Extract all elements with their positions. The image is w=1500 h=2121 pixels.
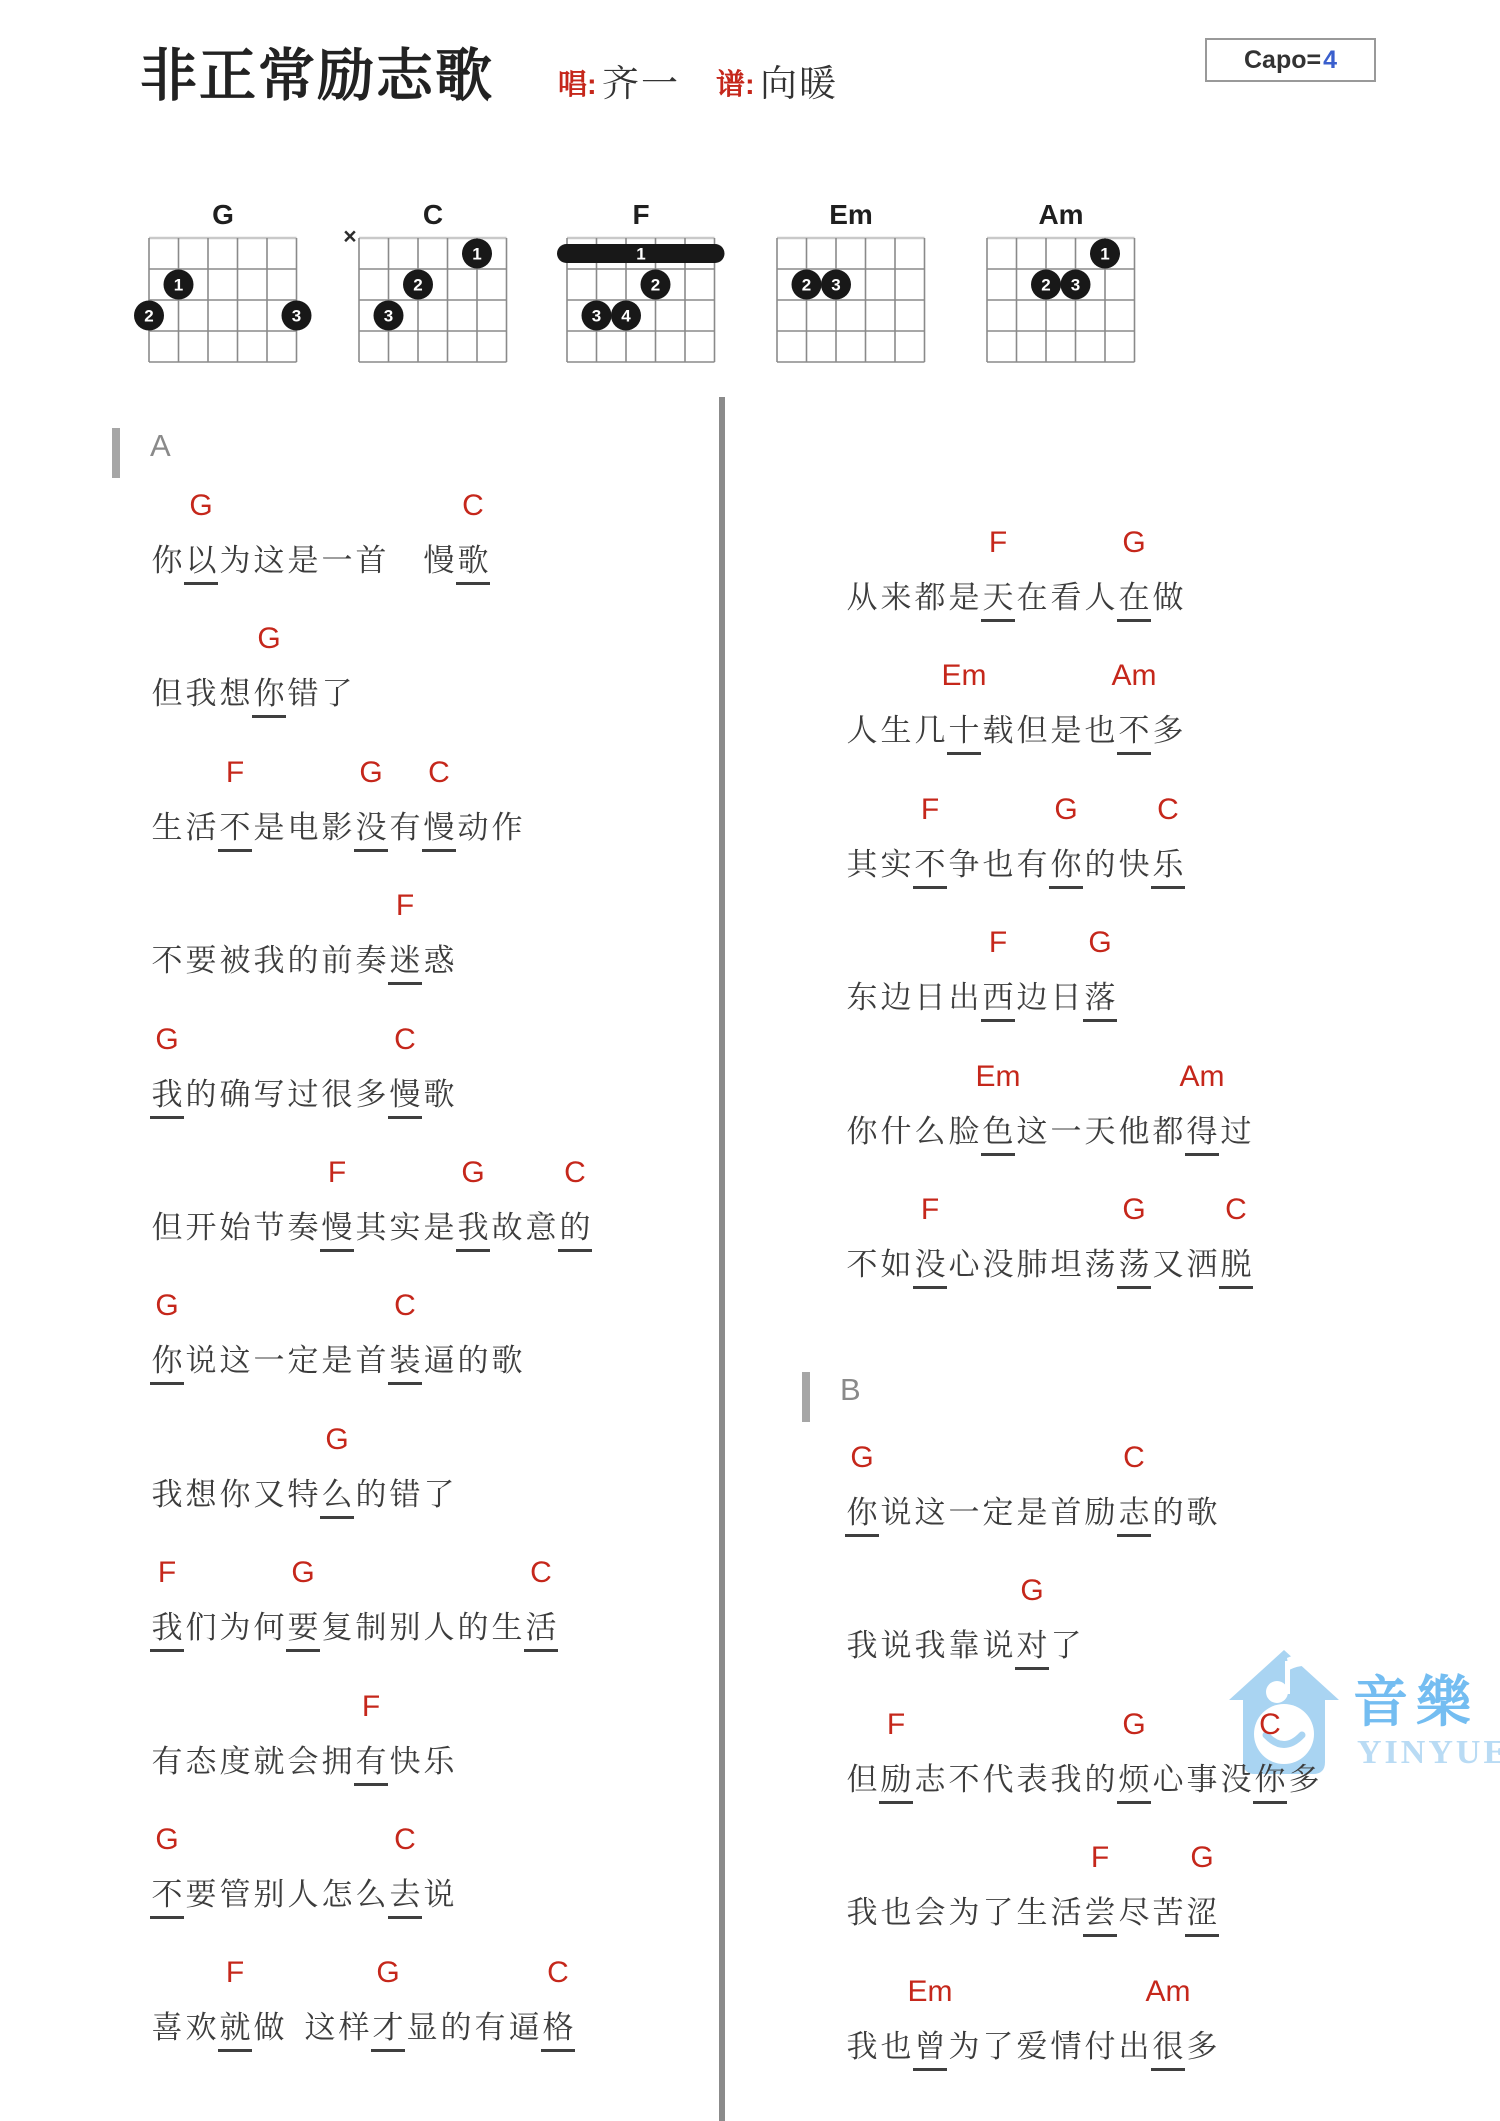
lyric-char: 尝	[1083, 1893, 1117, 1937]
lyric-row: 我们为何要复制别人的生活	[150, 1608, 558, 1652]
lyric-char: 生	[1015, 1893, 1049, 1937]
chord-diagram-name: Em	[829, 199, 873, 230]
lyric-char: 惑	[422, 941, 456, 985]
chord-label: G	[461, 1156, 484, 1190]
lyric-char: 有	[473, 2008, 507, 2052]
svg-text:2: 2	[144, 307, 153, 326]
lyric-char: 付	[1083, 2027, 1117, 2071]
lyric-char: 十	[947, 711, 981, 755]
lyric-char: 影	[320, 808, 354, 852]
lyric-char: 表	[1015, 1760, 1049, 1804]
lyric-line: G但我想你错了	[150, 616, 850, 750]
chord-row: GC	[150, 1283, 850, 1333]
lyric-char: 烦	[1117, 1760, 1151, 1804]
chord-diagram-name: G	[212, 199, 234, 230]
lyric-char: 制	[354, 1608, 388, 1652]
chord-label: F	[989, 526, 1007, 560]
lyric-char: 这	[913, 1493, 947, 1537]
column-divider	[719, 397, 725, 2121]
lyric-char: 逼	[422, 1341, 456, 1385]
lyric-char: 慢	[320, 1208, 354, 1252]
lyric-char: 在	[1117, 578, 1151, 622]
svg-text:1: 1	[174, 276, 183, 295]
lyric-char: 逼	[507, 2008, 541, 2052]
lyric-char: 我	[184, 674, 218, 718]
lyric-char: 怎	[320, 1875, 354, 1919]
lyric-char: 你	[150, 541, 184, 585]
lyric-char: 我	[456, 1208, 490, 1252]
lyric-char: 的	[558, 1208, 592, 1252]
chord-diagram-c: C×123	[343, 196, 523, 376]
lyric-char: 节	[252, 1208, 286, 1252]
lyric-char: 会	[286, 1742, 320, 1786]
lyric-char: 一	[1049, 1112, 1083, 1156]
lyric-char: 故	[490, 1208, 524, 1252]
lyric-row: 东边日出西边日落	[845, 978, 1117, 1022]
lyric-char: 乐	[422, 1742, 456, 1786]
lyric-row: 但开始节奏慢其实是我故意的	[150, 1208, 592, 1252]
lyric-char: 洒	[1185, 1245, 1219, 1289]
lyric-char: 边	[879, 978, 913, 1022]
lyric-char: 前	[320, 941, 354, 985]
chord-label: C	[394, 1289, 416, 1323]
lyric-char: 不	[1117, 711, 1151, 755]
lyric-char: 装	[388, 1341, 422, 1385]
chord-label: G	[1020, 1574, 1043, 1608]
chord-label: C	[394, 1023, 416, 1057]
chord-label: C	[428, 756, 450, 790]
chord-diagram-g: G123	[133, 196, 313, 376]
section-bar-a	[112, 428, 120, 478]
lyric-row: 不要管别人怎么去说	[150, 1875, 456, 1919]
chord-label: Am	[1180, 1060, 1225, 1094]
chord-label: G	[359, 756, 382, 790]
lyric-char: 始	[218, 1208, 252, 1252]
lyric-char: 脸	[947, 1112, 981, 1156]
chord-label: G	[1122, 1193, 1145, 1227]
lyric-char: 日	[913, 978, 947, 1022]
watermark-brand-subtext: YINYUE	[1357, 1734, 1500, 1772]
lyric-char: 载	[981, 711, 1015, 755]
lyric-char: 样	[337, 2008, 371, 2052]
lyric-char: 不	[947, 1760, 981, 1804]
lyric-line: FGC但开始节奏慢其实是我故意的	[150, 1150, 850, 1284]
lyric-char: 多	[1151, 711, 1185, 755]
lyric-char: 也	[1083, 711, 1117, 755]
lyric-char: 就	[218, 2008, 252, 2052]
lyric-char: 色	[981, 1112, 1015, 1156]
lyric-char: 的	[354, 1475, 388, 1519]
lyric-char: 很	[320, 1075, 354, 1119]
lyric-char: 的	[1083, 1760, 1117, 1804]
lyric-char: 没	[981, 1245, 1015, 1289]
lyric-row: 你说这一定是首励志的歌	[845, 1493, 1219, 1537]
chord-row: GC	[150, 1017, 850, 1067]
lyric-char: 为	[218, 541, 252, 585]
chord-sheet-page: 音樂 YINYUE 非正常励志歌 唱: 齐一 谱: 向暖 Capo= 4 G12…	[0, 0, 1500, 2121]
lyric-char: 复	[320, 1608, 354, 1652]
lyric-char: 在	[1015, 578, 1049, 622]
lyric-char: 荡	[1083, 1245, 1117, 1289]
lyric-char: 我	[1049, 1760, 1083, 1804]
lyric-char: 显	[405, 2008, 439, 2052]
chord-label: G	[1190, 1841, 1213, 1875]
singer-label: 唱:	[558, 62, 597, 103]
chord-label: F	[921, 793, 939, 827]
chord-label: F	[328, 1156, 346, 1190]
lyric-char: 励	[879, 1760, 913, 1804]
lyric-char: 去	[388, 1875, 422, 1919]
lyric-line: FGC喜欢就做 这样才显的有逼格	[150, 1950, 850, 2084]
lyric-char: 从	[845, 578, 879, 622]
lyric-char: 要	[184, 941, 218, 985]
chord-label: G	[189, 489, 212, 523]
lyric-char: 但	[845, 1760, 879, 1804]
lyric-char: 我	[150, 1475, 184, 1519]
lyric-char: 日	[1049, 978, 1083, 1022]
svg-text:3: 3	[384, 307, 393, 326]
chord-row: FG	[845, 1835, 1500, 1885]
watermark: 音樂 YINYUE	[1225, 1648, 1500, 1808]
chord-label: C	[530, 1556, 552, 1590]
svg-text:2: 2	[651, 276, 660, 295]
lyric-char: 人	[1083, 578, 1117, 622]
lyric-char: 我	[150, 1075, 184, 1119]
chord-label: C	[1225, 1193, 1247, 1227]
lyric-row: 生活不是电影没有慢动作	[150, 808, 524, 852]
svg-text:1: 1	[472, 245, 481, 264]
lyric-char: 格	[541, 2008, 575, 2052]
chord-row: G	[845, 1568, 1500, 1618]
lyric-char: 不	[218, 808, 252, 852]
chord-label: F	[226, 756, 244, 790]
lyric-char: 出	[947, 978, 981, 1022]
svg-text:2: 2	[1041, 276, 1050, 295]
chord-diagram-f: F1234	[551, 196, 731, 376]
lyric-char: 说	[184, 1341, 218, 1385]
lyric-char: 的	[456, 1341, 490, 1385]
chord-row: FG	[845, 520, 1500, 570]
lyric-char: 要	[286, 1608, 320, 1652]
muted-string-mark: ×	[343, 223, 356, 249]
chord-diagram-name: C	[423, 199, 443, 230]
chord-label: F	[1091, 1841, 1109, 1875]
lyric-char: 生	[490, 1608, 524, 1652]
lyric-char: 都	[1151, 1112, 1185, 1156]
lyric-char: 东	[845, 978, 879, 1022]
chord-diagram-em: Em23	[761, 196, 941, 376]
chord-label: F	[989, 926, 1007, 960]
lyric-char: 人	[422, 1608, 456, 1652]
lyric-char: 有	[1015, 845, 1049, 889]
lyric-char: 坦	[1049, 1245, 1083, 1289]
lyric-char: 靠	[947, 1626, 981, 1670]
lyric-char: 人	[286, 1875, 320, 1919]
chord-label: Am	[1146, 1975, 1191, 2009]
lyric-char: 也	[879, 1893, 913, 1937]
lyric-line: GC我的确写过很多慢歌	[150, 1017, 850, 1151]
lyric-char: 他	[1117, 1112, 1151, 1156]
lyric-char: 又	[252, 1475, 286, 1519]
chord-label: Am	[1112, 659, 1157, 693]
lyric-char: 曾	[913, 2027, 947, 2071]
lyric-row: 其实不争也有你的快乐	[845, 845, 1185, 889]
lyric-char: 志	[1117, 1493, 1151, 1537]
lyric-char: 如	[879, 1245, 913, 1289]
lyric-char: 是	[947, 578, 981, 622]
lyric-char: 欢	[184, 2008, 218, 2052]
lyric-char: 歌	[422, 1075, 456, 1119]
lyric-char: 你	[150, 1341, 184, 1385]
chord-row: EmAm	[845, 653, 1500, 703]
lyric-char: 是	[422, 1208, 456, 1252]
lyric-line: GC你以为这是一首 慢歌	[150, 483, 850, 617]
chord-row: FG	[845, 920, 1500, 970]
lyric-char: 我	[845, 1626, 879, 1670]
chord-label: F	[921, 1193, 939, 1227]
lyric-char: 的	[439, 2008, 473, 2052]
lyric-char: 西	[981, 978, 1015, 1022]
lyric-char: 奏	[354, 941, 388, 985]
lyric-char: 我	[845, 1893, 879, 1937]
lyric-char: 迷	[388, 941, 422, 985]
lyric-char: 有	[150, 1742, 184, 1786]
lyric-row: 你以为这是一首 慢歌	[150, 541, 490, 585]
chord-label: F	[158, 1556, 176, 1590]
lyric-char: 心	[1151, 1760, 1185, 1804]
lyric-char: 心	[947, 1245, 981, 1289]
tabber-label: 谱:	[716, 62, 755, 103]
chord-row: GC	[150, 1817, 850, 1867]
chord-label: Em	[976, 1060, 1021, 1094]
lyric-char: 快	[1117, 845, 1151, 889]
lyric-line: FG从来都是天在看人在做	[845, 520, 1500, 654]
chord-label: G	[376, 1956, 399, 1990]
lyric-char: 实	[879, 845, 913, 889]
chord-label: C	[547, 1956, 569, 1990]
lyric-row: 我说我靠说对了	[845, 1626, 1083, 1670]
lyric-char: 是	[320, 1341, 354, 1385]
lyric-char: 对	[1015, 1626, 1049, 1670]
chord-label: G	[155, 1023, 178, 1057]
lyric-char: 拥	[320, 1742, 354, 1786]
chord-diagram-name: Am	[1038, 199, 1083, 230]
lyric-char: 你	[252, 674, 286, 718]
lyric-char: 志	[913, 1760, 947, 1804]
lyric-char: 的	[286, 941, 320, 985]
lyric-char: 了	[981, 2027, 1015, 2071]
lyric-line: FG东边日出西边日落	[845, 920, 1500, 1054]
lyric-char: 为	[218, 1608, 252, 1652]
chord-label: C	[1157, 793, 1179, 827]
lyric-char: 来	[879, 578, 913, 622]
lyric-char: 做	[252, 2008, 286, 2052]
chord-row: G	[150, 616, 850, 666]
chord-label: C	[1123, 1441, 1145, 1475]
chord-row: FGC	[150, 1550, 850, 1600]
lyric-char: 快	[388, 1742, 422, 1786]
lyric-char: 实	[388, 1208, 422, 1252]
lyric-char: 出	[1117, 2027, 1151, 2071]
lyric-char: 过	[286, 1075, 320, 1119]
lyric-line: EmAm我也曾为了爱情付出很多	[845, 1969, 1500, 2103]
lyric-char: 了	[320, 674, 354, 718]
lyric-char: 都	[913, 578, 947, 622]
lyric-char: 管	[218, 1875, 252, 1919]
svg-text:3: 3	[592, 307, 601, 326]
chord-row: FGC	[150, 1150, 850, 1200]
chord-label: F	[226, 1956, 244, 1990]
lyric-char: 会	[913, 1893, 947, 1937]
lyric-char: 我	[252, 941, 286, 985]
chord-label: C	[564, 1156, 586, 1190]
svg-text:3: 3	[292, 307, 301, 326]
lyric-char: 不	[913, 845, 947, 889]
lyric-row: 我也曾为了爱情付出很多	[845, 2027, 1219, 2071]
lyric-char: 不	[150, 941, 184, 985]
lyric-char: 没	[913, 1245, 947, 1289]
lyric-line: FGC我们为何要复制别人的生活	[150, 1550, 850, 1684]
lyric-char: 又	[1151, 1245, 1185, 1289]
lyric-line: F有态度就会拥有快乐	[150, 1684, 850, 1818]
lyric-char: 么	[354, 1875, 388, 1919]
lyric-line: EmAm你什么脸色这一天他都得过	[845, 1054, 1500, 1188]
lyric-char: 是	[1049, 711, 1083, 755]
lyric-line: FGC不如没心没肺坦荡荡又洒脱	[845, 1187, 1500, 1321]
lyric-char: 这	[218, 1341, 252, 1385]
chord-label: G	[1054, 793, 1077, 827]
lyric-char: 也	[879, 2027, 913, 2071]
lyric-char: 不	[150, 1875, 184, 1919]
lyric-char: 慢	[422, 808, 456, 852]
lyric-char: 么	[320, 1475, 354, 1519]
lyric-char	[388, 541, 422, 585]
lyric-row: 人生几十载但是也不多	[845, 711, 1185, 755]
lyric-char: 得	[1185, 1112, 1219, 1156]
section-label-b: B	[840, 1372, 862, 1408]
lyric-char: 别	[252, 1875, 286, 1919]
svg-text:3: 3	[831, 276, 840, 295]
chord-row: GC	[150, 483, 850, 533]
chord-label: F	[887, 1708, 905, 1742]
lyric-char: 定	[286, 1341, 320, 1385]
lyric-line: G我想你又特么的错了	[150, 1417, 850, 1551]
lyric-char: 你	[845, 1493, 879, 1537]
chord-label: Em	[942, 659, 987, 693]
lyric-char: 尽	[1117, 1893, 1151, 1937]
lyric-char: 的	[1083, 845, 1117, 889]
lyric-char: 意	[524, 1208, 558, 1252]
lyric-char: 活	[1049, 1893, 1083, 1937]
lyric-char: 歌	[1185, 1493, 1219, 1537]
lyric-char: 的	[456, 1608, 490, 1652]
lyric-char: 说	[981, 1626, 1015, 1670]
chord-row: F	[150, 1684, 850, 1734]
lyric-row: 不如没心没肺坦荡荡又洒脱	[845, 1245, 1253, 1289]
lyric-char: 慢	[388, 1075, 422, 1119]
lyric-char: 电	[286, 808, 320, 852]
lyric-char: 被	[218, 941, 252, 985]
lyric-char: 生	[150, 808, 184, 852]
chord-label: F	[362, 1690, 380, 1724]
chord-label: G	[291, 1556, 314, 1590]
lyric-char: 情	[1049, 2027, 1083, 2071]
lyric-line: GC你说这一定是首励志的歌	[845, 1435, 1500, 1569]
lyric-line: FGC其实不争也有你的快乐	[845, 787, 1500, 921]
svg-text:4: 4	[621, 307, 631, 326]
lyric-char: 错	[388, 1475, 422, 1519]
chord-label: C	[462, 489, 484, 523]
capo-box: Capo= 4	[1205, 38, 1376, 82]
lyric-char: 活	[524, 1608, 558, 1652]
capo-label: Capo=	[1244, 46, 1321, 75]
lyric-char: 肺	[1015, 1245, 1049, 1289]
watermark-house-music-icon	[1225, 1648, 1343, 1778]
chord-label: G	[325, 1423, 348, 1457]
lyric-char: 作	[490, 808, 524, 852]
lyric-char: 奏	[286, 1208, 320, 1252]
lyric-line: FG我也会为了生活尝尽苦涩	[845, 1835, 1500, 1969]
chord-label: C	[394, 1823, 416, 1857]
chord-diagram-name: F	[632, 199, 649, 230]
lyric-line: GC不要管别人怎么去说	[150, 1817, 850, 1951]
lyric-char: 么	[913, 1112, 947, 1156]
lyric-char	[286, 2008, 303, 2052]
lyric-char: 为	[947, 2027, 981, 2071]
lyric-char: 爱	[1015, 2027, 1049, 2071]
svg-text:2: 2	[413, 276, 422, 295]
lyric-char: 是	[286, 541, 320, 585]
lyric-char: 涩	[1185, 1893, 1219, 1937]
lyric-char: 喜	[150, 2008, 184, 2052]
lyric-char: 一	[947, 1493, 981, 1537]
chord-row: FGC	[845, 1187, 1500, 1237]
lyric-char: 天	[1083, 1112, 1117, 1156]
lyric-char: 有	[354, 1742, 388, 1786]
lyric-char: 做	[1151, 578, 1185, 622]
svg-text:1: 1	[636, 245, 645, 264]
lyric-char: 就	[252, 1742, 286, 1786]
chord-label: Em	[908, 1975, 953, 2009]
lyric-char: 是	[252, 808, 286, 852]
lyric-row: 你说这一定是首装逼的歌	[150, 1341, 524, 1385]
lyric-char: 争	[947, 845, 981, 889]
chord-row: F	[150, 883, 850, 933]
lyric-char: 生	[879, 711, 913, 755]
lyric-char: 过	[1219, 1112, 1253, 1156]
lyric-char: 有	[388, 808, 422, 852]
lyric-char: 要	[184, 1875, 218, 1919]
lyric-char: 确	[218, 1075, 252, 1119]
lyric-char: 多	[354, 1075, 388, 1119]
chord-label: G	[1122, 526, 1145, 560]
lyric-char: 但	[150, 674, 184, 718]
lyric-char: 事	[1185, 1760, 1219, 1804]
lyric-char: 几	[913, 711, 947, 755]
lyric-row: 不要被我的前奏迷惑	[150, 941, 456, 985]
lyric-char: 别	[388, 1608, 422, 1652]
lyric-row: 从来都是天在看人在做	[845, 578, 1185, 622]
lyric-char: 说	[879, 1626, 913, 1670]
lyric-char: 落	[1083, 978, 1117, 1022]
chord-row: FGC	[150, 750, 850, 800]
section-bar-b	[802, 1372, 810, 1422]
lyric-char: 你	[218, 1475, 252, 1519]
lyric-char: 多	[1185, 2027, 1219, 2071]
svg-text:2: 2	[802, 276, 811, 295]
lyric-char: 什	[879, 1112, 913, 1156]
capo-value: 4	[1323, 46, 1337, 75]
